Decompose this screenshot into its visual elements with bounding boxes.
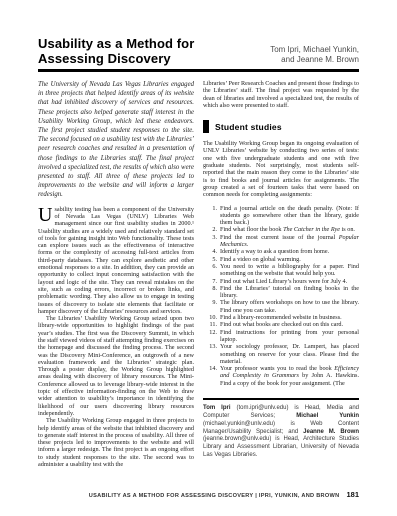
body-paragraph-2: The Libraries’ Usability Working Group s… bbox=[38, 315, 194, 417]
task-item: You need to write a bibliography for a p… bbox=[220, 263, 359, 278]
bio-rule bbox=[203, 398, 359, 401]
task-item: Find a journal article on the death pena… bbox=[220, 205, 359, 227]
task-item: Find a video on global warming. bbox=[220, 256, 359, 263]
task-item: Find what floor the book The Catcher in … bbox=[220, 226, 359, 233]
drop-cap: U bbox=[38, 206, 54, 224]
left-column: The University of Nevada Las Vegas Libra… bbox=[38, 80, 194, 468]
section-intro-paragraph: The Usability Working Group began its on… bbox=[203, 140, 359, 198]
byline-line-1: Tom Ipri, Michael Yunkin, bbox=[270, 45, 359, 55]
page-footer: USABILITY AS A METHOD FOR ASSESSING DISC… bbox=[89, 490, 359, 499]
abstract: The University of Nevada Las Vegas Libra… bbox=[38, 80, 194, 200]
title-rule bbox=[38, 69, 359, 72]
article-columns: The University of Nevada Las Vegas Libra… bbox=[38, 80, 359, 468]
section-marker-icon bbox=[203, 120, 209, 133]
article-page: Usability as a Method for Assessing Disc… bbox=[0, 0, 397, 516]
masthead: Usability as a Method for Assessing Disc… bbox=[38, 36, 359, 66]
page-title: Usability as a Method for Assessing Disc… bbox=[38, 36, 194, 66]
task-item: Find the most current issue of the journ… bbox=[220, 234, 359, 249]
continuation-paragraph: Libraries’ Peer Research Coaches and pre… bbox=[203, 80, 359, 109]
body-paragraph-3: The Usability Working Group engaged in t… bbox=[38, 417, 194, 468]
section-title: Student studies bbox=[215, 122, 282, 132]
task-item: The library offers workshops on how to u… bbox=[220, 299, 359, 314]
task-list: Find a journal article on the death pena… bbox=[203, 205, 359, 387]
page-number: 181 bbox=[346, 490, 359, 499]
task-item: Identify a way to ask a question from ho… bbox=[220, 248, 359, 255]
task-item: Find out what books are checked out on t… bbox=[220, 321, 359, 328]
byline-line-2: and Jeanne M. Brown bbox=[270, 55, 359, 65]
task-item: Find out what Lied Library’s hours were … bbox=[220, 278, 359, 285]
body-paragraph-1-text: sability testing has been a component of… bbox=[38, 206, 194, 315]
task-item: Your professor wants you to read the boo… bbox=[220, 365, 359, 387]
author-bio: Tom Ipri (tom.ipri@unlv.edu) is Head, Me… bbox=[203, 405, 359, 459]
right-column: Libraries’ Peer Research Coaches and pre… bbox=[203, 80, 359, 468]
byline: Tom Ipri, Michael Yunkin, and Jeanne M. … bbox=[270, 45, 359, 66]
task-item: Find a library-recommended website in bu… bbox=[220, 314, 359, 321]
title-line-1: Usability as a Method for bbox=[38, 36, 194, 51]
running-head: USABILITY AS A METHOD FOR ASSESSING DISC… bbox=[89, 493, 340, 499]
task-item: Find the Libraries’ tutorial on finding … bbox=[220, 285, 359, 300]
body-paragraph-1: Usability testing has been a component o… bbox=[38, 206, 194, 315]
task-item: Your sociology professor, Dr. Lampert, h… bbox=[220, 343, 359, 365]
title-line-2: Assessing Discovery bbox=[38, 51, 194, 66]
task-item: Find instructions for printing from your… bbox=[220, 329, 359, 344]
section-heading: Student studies bbox=[203, 120, 359, 133]
